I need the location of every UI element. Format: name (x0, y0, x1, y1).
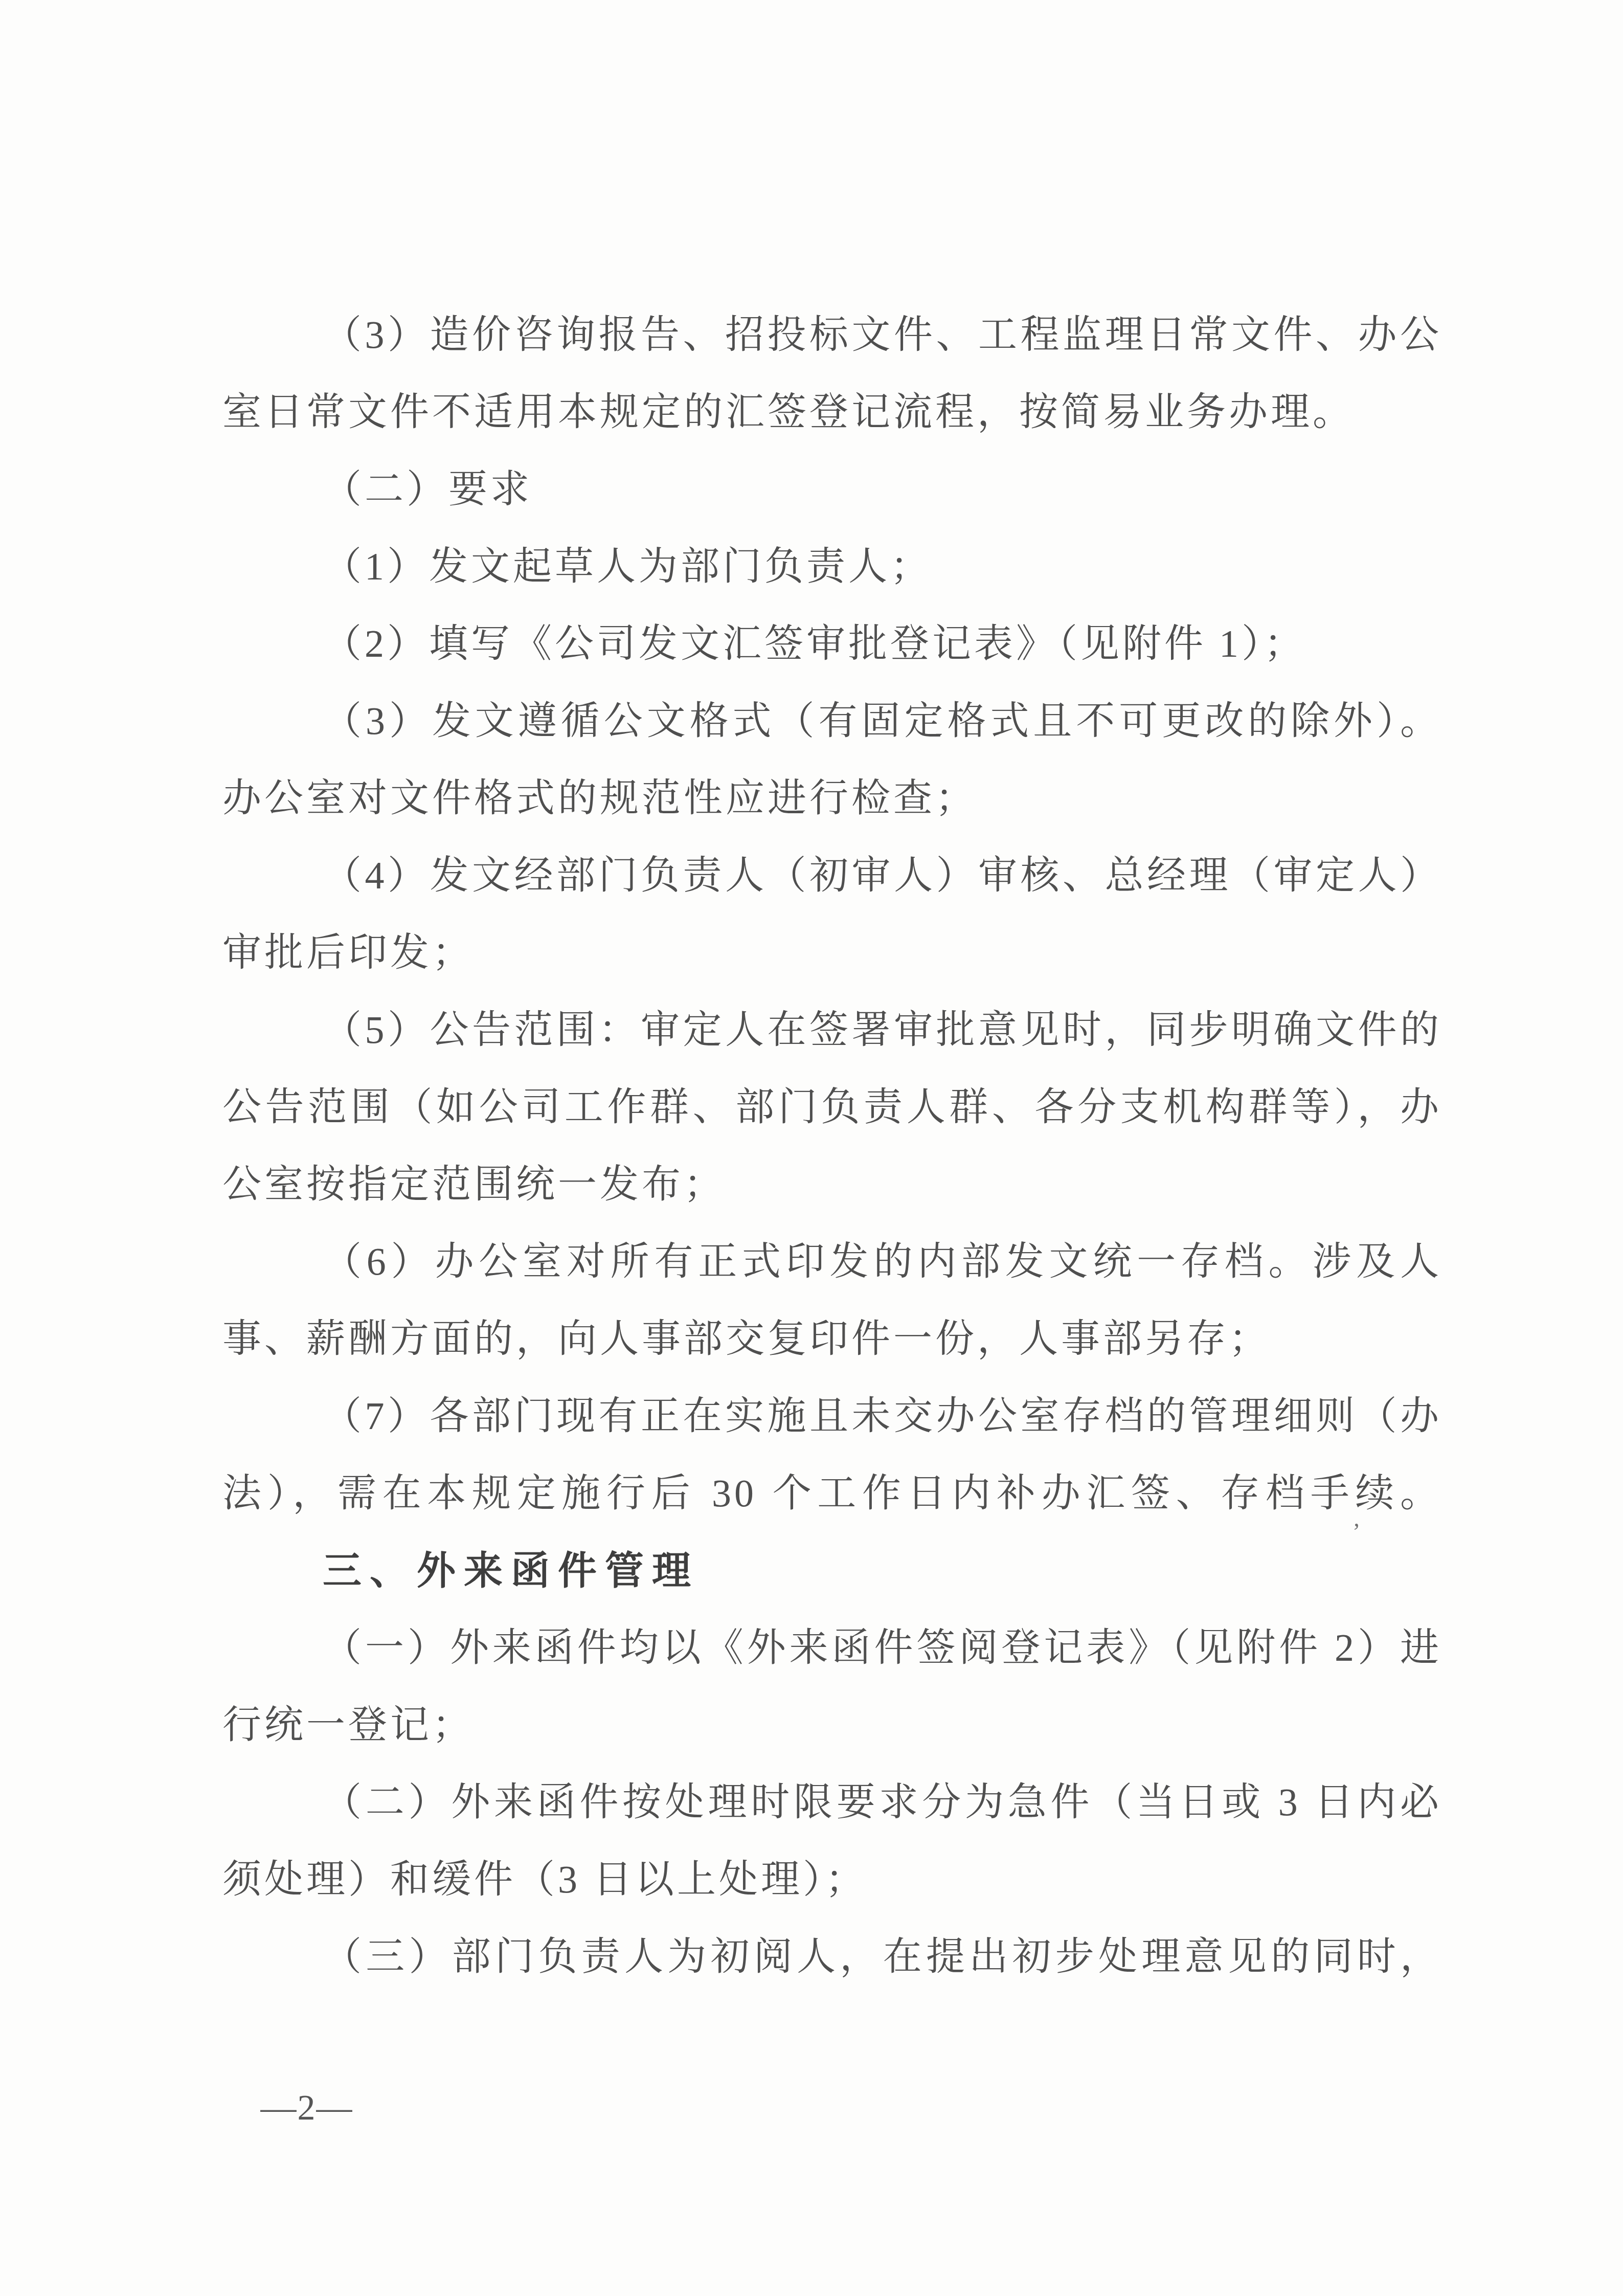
paragraph-line: 须处理）和缓件（3 日以上处理）； (222, 1841, 1442, 1919)
paragraph-line: 公室按指定范围统一发布； (222, 1146, 1442, 1223)
section-heading: 三、外来函件管理 (222, 1532, 1442, 1610)
paragraph-line: （二）要求 (222, 451, 1442, 528)
paragraph-line: 公告范围（如公司工作群、部门负责人群、各分支机构群等），办 (222, 1069, 1442, 1146)
paragraph-line: （3）造价咨询报告、招投标文件、工程监理日常文件、办公 (222, 297, 1442, 374)
paragraph-line: 法），需在本规定施行后 30 个工作日内补办汇签、存档手续。 (222, 1455, 1442, 1532)
page-number: —2— (235, 2088, 378, 2129)
paragraph-line: （1）发文起草人为部门负责人； (222, 528, 1442, 606)
paragraph-line: （5）公告范围：审定人在签署审批意见时，同步明确文件的 (222, 992, 1442, 1069)
paragraph-line: 室日常文件不适用本规定的汇签登记流程，按简易业务办理。 (222, 374, 1442, 451)
paragraph-line: （6）办公室对所有正式印发的内部发文统一存档。涉及人 (222, 1223, 1442, 1301)
paragraph-line: （7）各部门现有正在实施且未交办公室存档的管理细则（办 (222, 1378, 1442, 1455)
scan-artifact-mark: ’ (1352, 1520, 1360, 1544)
paragraph-line: （4）发文经部门负责人（初审人）审核、总经理（审定人） (222, 837, 1442, 915)
paragraph-line: （一）外来函件均以《外来函件签阅登记表》（见附件 2）进 (222, 1610, 1442, 1687)
paragraph-line: 行统一登记； (222, 1687, 1442, 1764)
document-page: （3）造价咨询报告、招投标文件、工程监理日常文件、办公 室日常文件不适用本规定的… (0, 0, 1623, 2296)
paragraph-line: 事、薪酬方面的，向人事部交复印件一份，人事部另存； (222, 1301, 1442, 1378)
paragraph-line: 审批后印发； (222, 915, 1442, 992)
paragraph-line: （三）部门负责人为初阅人，在提出初步处理意见的同时， (222, 1919, 1442, 1996)
paragraph-line: （二）外来函件按处理时限要求分为急件（当日或 3 日内必 (222, 1764, 1442, 1841)
paragraph-line: 办公室对文件格式的规范性应进行检查； (222, 760, 1442, 837)
paragraph-line: （2）填写《公司发文汇签审批登记表》（见附件 1）； (222, 606, 1442, 683)
paragraph-line: （3）发文遵循公文格式（有固定格式且不可更改的除外）。 (222, 683, 1442, 760)
